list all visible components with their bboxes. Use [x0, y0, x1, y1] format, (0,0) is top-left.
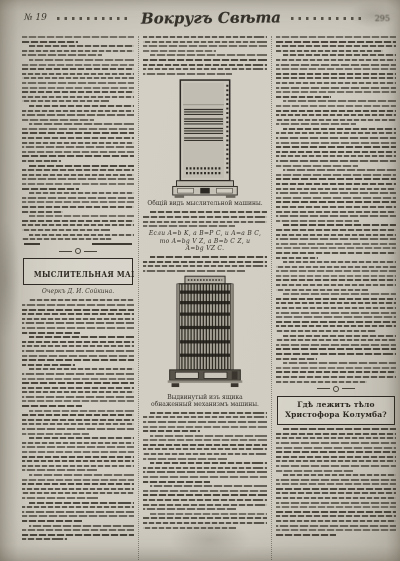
thinking-machine-headline: МЫСЛИТЕЛЬНАЯ МАШИНА.	[23, 258, 133, 285]
text-line	[276, 511, 396, 513]
text-line	[143, 416, 267, 418]
text-line	[22, 442, 134, 444]
text-paragraph	[276, 128, 396, 167]
text-line	[143, 225, 235, 227]
text-line	[29, 45, 134, 47]
text-line	[22, 378, 134, 380]
text-line	[29, 59, 134, 61]
column-right: Гдѣ лежитъ тѣло Христофора Колумба?	[271, 36, 396, 560]
text-line	[143, 481, 210, 483]
page-number: 295	[375, 14, 390, 23]
text-paragraph	[22, 59, 134, 102]
text-line	[22, 36, 134, 38]
text-line	[22, 520, 82, 522]
text-line	[22, 479, 134, 481]
text-line	[29, 368, 134, 370]
text-line	[276, 534, 336, 536]
text-line	[22, 538, 67, 540]
ornament-dash	[342, 388, 355, 389]
text-line	[29, 336, 134, 338]
text-line	[276, 50, 383, 52]
text-line	[22, 224, 134, 226]
text-line	[276, 433, 396, 435]
thinking-machine-mechanism-photo	[143, 275, 267, 393]
text-line	[276, 142, 396, 144]
text-line	[22, 327, 134, 329]
text-line	[276, 307, 396, 309]
text-paragraph	[276, 36, 396, 52]
text-line	[22, 87, 134, 89]
text-line	[22, 405, 82, 407]
text-line	[143, 36, 267, 38]
text-line	[276, 220, 359, 222]
text-line	[22, 119, 94, 121]
text-line	[276, 451, 396, 453]
text-line	[276, 165, 358, 167]
text-line	[29, 474, 134, 476]
column-left: МЫСЛИТЕЛЬНАЯ МАШИНА.Очеркъ Д. И. Сойкина…	[22, 36, 134, 560]
text-paragraph	[143, 54, 267, 74]
text-line	[22, 446, 134, 448]
text-line	[22, 238, 112, 240]
text-line	[22, 400, 134, 402]
text-line	[22, 451, 134, 453]
text-line	[143, 68, 267, 70]
text-line	[29, 234, 134, 236]
logic-formula: Если A=b K, а B=P C, и A=a B C,то A=bg V…	[143, 230, 267, 253]
text-line	[276, 302, 396, 304]
text-line	[29, 192, 134, 194]
text-line	[276, 36, 396, 38]
text-line	[22, 169, 134, 171]
text-line	[276, 358, 317, 360]
text-line	[276, 520, 396, 522]
text-line	[276, 68, 396, 70]
text-paragraph	[276, 100, 396, 125]
text-line	[143, 467, 267, 469]
text-line	[276, 178, 396, 180]
text-line	[22, 345, 134, 347]
text-line	[150, 211, 267, 213]
text-line	[22, 73, 134, 75]
text-line	[276, 197, 396, 199]
text-line	[276, 353, 396, 355]
text-line	[22, 433, 89, 435]
formula-line: то A=bg V Z, а B=b C Z, и	[143, 238, 267, 246]
text-line	[143, 444, 267, 446]
text-paragraph	[143, 256, 267, 272]
text-line	[276, 123, 356, 125]
text-line	[276, 119, 396, 121]
text-line	[22, 497, 98, 499]
text-line	[29, 410, 134, 412]
text-line	[276, 506, 396, 508]
text-paragraph	[276, 261, 396, 291]
text-line	[22, 96, 134, 98]
text-paragraph	[276, 428, 396, 471]
text-line	[276, 483, 396, 485]
text-line	[143, 527, 236, 529]
text-line	[276, 87, 396, 89]
machine-closed-illustration	[167, 77, 243, 199]
text-line	[143, 270, 245, 272]
text-paragraph	[143, 36, 267, 52]
text-line	[143, 490, 267, 492]
text-line	[276, 132, 396, 134]
text-line	[276, 137, 396, 139]
text-line	[22, 64, 134, 66]
text-line	[276, 460, 396, 462]
page-columns: МЫСЛИТЕЛЬНАЯ МАШИНА.Очеркъ Д. И. Сойкина…	[0, 30, 400, 560]
text-line	[22, 174, 134, 176]
text-line	[143, 522, 267, 524]
text-line	[143, 494, 267, 496]
text-line	[29, 123, 134, 125]
text-line	[22, 197, 134, 199]
text-line	[22, 373, 134, 375]
text-line	[150, 54, 267, 56]
text-line	[276, 437, 396, 439]
text-line	[22, 419, 134, 421]
issue-number: № 19	[24, 13, 47, 23]
text-line	[276, 41, 396, 43]
text-line	[276, 174, 396, 176]
text-line	[143, 453, 267, 455]
signature-right	[92, 243, 132, 245]
text-line	[22, 77, 134, 79]
text-line	[276, 64, 396, 66]
text-line	[276, 376, 396, 378]
text-line	[22, 460, 134, 462]
text-line	[22, 423, 134, 425]
page-header: № 19 Вокругъ Свѣта 295	[0, 0, 400, 30]
text-line	[276, 381, 367, 383]
text-line	[22, 428, 134, 430]
text-paragraph	[22, 165, 134, 190]
columbus-headline: Гдѣ лежитъ тѣло Христофора Колумба?	[277, 396, 395, 425]
article-signature-line	[24, 243, 132, 245]
text-line	[276, 91, 396, 93]
text-line	[22, 160, 61, 162]
text-paragraph	[22, 45, 134, 56]
text-line	[276, 96, 331, 98]
text-line	[276, 344, 396, 346]
text-line	[143, 50, 216, 52]
text-line	[143, 216, 267, 218]
text-line	[276, 348, 396, 350]
text-paragraph	[22, 192, 134, 212]
text-line	[22, 391, 134, 393]
text-paragraph	[22, 234, 134, 241]
text-line	[22, 515, 134, 517]
text-line	[143, 59, 267, 61]
text-line	[276, 488, 396, 490]
text-line	[276, 155, 396, 157]
text-line	[276, 525, 396, 527]
text-line	[276, 234, 396, 236]
text-line	[150, 462, 267, 464]
ornament-dash	[59, 251, 72, 252]
text-paragraph	[22, 437, 134, 471]
text-line	[22, 341, 134, 343]
text-line	[22, 178, 134, 180]
text-line	[276, 151, 396, 153]
text-line	[29, 299, 134, 301]
text-line	[143, 430, 200, 432]
text-line	[22, 332, 80, 334]
text-line	[283, 474, 396, 476]
text-line	[276, 192, 396, 194]
text-line	[276, 160, 396, 162]
text-line	[143, 499, 267, 501]
thinking-machine-byline: Очеркъ Д. И. Сойкина.	[22, 288, 134, 295]
text-line	[276, 442, 396, 444]
text-line	[276, 82, 396, 84]
text-paragraph	[22, 215, 134, 231]
text-paragraph	[22, 299, 134, 333]
text-line	[150, 412, 267, 414]
text-line	[22, 414, 134, 416]
text-line	[22, 137, 134, 139]
text-paragraph	[276, 54, 396, 97]
text-line	[22, 511, 134, 513]
text-paragraph	[276, 169, 396, 222]
text-line	[22, 492, 134, 494]
text-line	[22, 188, 79, 190]
text-line	[22, 128, 134, 130]
text-line	[276, 456, 396, 458]
text-line	[143, 45, 267, 47]
text-line	[22, 206, 134, 208]
signature-left	[24, 243, 40, 245]
text-paragraph	[143, 485, 267, 510]
text-paragraph	[22, 36, 134, 43]
text-paragraph	[22, 525, 134, 541]
text-line	[276, 298, 396, 300]
text-line	[276, 229, 396, 231]
text-line	[283, 428, 396, 430]
text-paragraph	[276, 335, 396, 360]
text-line	[22, 100, 109, 102]
text-line	[283, 128, 396, 130]
text-line	[150, 513, 267, 515]
text-line	[276, 105, 396, 107]
text-line	[283, 261, 396, 263]
text-line	[22, 142, 134, 144]
ornament-dots-right	[291, 17, 365, 20]
text-line	[276, 321, 396, 323]
text-line	[22, 132, 134, 134]
ornament-circle	[75, 248, 82, 255]
text-line	[283, 362, 396, 364]
text-line	[276, 238, 396, 240]
text-paragraph	[22, 410, 134, 435]
text-line	[283, 224, 396, 226]
section-divider-ornament	[276, 386, 396, 393]
exterior-photo-caption: Общій видъ мыслительной машины.	[146, 200, 264, 207]
text-line	[22, 54, 102, 56]
text-line	[276, 188, 396, 190]
text-line	[276, 73, 396, 75]
text-line	[283, 293, 396, 295]
text-paragraph	[143, 462, 267, 482]
text-line	[276, 275, 396, 277]
formula-line: Если A=b K, а B=P C, и A=a B C,	[143, 230, 267, 238]
text-line	[22, 364, 75, 366]
text-line	[276, 312, 396, 314]
text-line	[276, 339, 396, 341]
text-line	[143, 517, 267, 519]
text-line	[143, 221, 267, 223]
text-line	[276, 59, 396, 61]
text-line	[276, 497, 396, 499]
text-line	[283, 100, 396, 102]
text-line	[276, 367, 396, 369]
headline-text: МЫСЛИТЕЛЬНАЯ МАШИНА.	[34, 269, 134, 279]
text-line	[22, 304, 134, 306]
ornament-dash	[84, 251, 97, 252]
text-line	[276, 211, 396, 213]
text-line	[22, 183, 134, 185]
ornament-dots-left	[57, 17, 131, 20]
section-divider-ornament	[22, 248, 134, 255]
text-line	[143, 458, 227, 460]
text-line	[22, 41, 78, 43]
text-line	[276, 289, 368, 291]
text-line	[143, 476, 267, 478]
text-line	[22, 313, 134, 315]
text-line	[276, 515, 396, 517]
text-line	[276, 529, 396, 531]
text-line	[22, 211, 63, 213]
formula-line: A=bg VZ C.	[143, 245, 267, 253]
text-line	[22, 114, 134, 116]
text-line	[22, 201, 134, 203]
text-line	[283, 54, 396, 56]
text-line	[22, 456, 134, 458]
text-line	[29, 437, 134, 439]
text-line	[276, 215, 396, 217]
text-line	[22, 155, 134, 157]
text-line	[29, 215, 134, 217]
text-line	[276, 206, 396, 208]
text-paragraph	[22, 105, 134, 121]
text-line	[22, 309, 134, 311]
text-paragraph	[22, 502, 134, 522]
magazine-title: Вокругъ Свѣта	[141, 8, 281, 27]
text-line	[22, 151, 134, 153]
text-line	[276, 270, 396, 272]
text-line	[22, 146, 134, 148]
text-line	[22, 483, 134, 485]
text-line	[276, 330, 376, 332]
text-line	[143, 73, 232, 75]
text-line	[276, 110, 396, 112]
text-paragraph	[22, 368, 134, 407]
mechanism-photo-caption: Выдвинутый изъ ящика обнаженный механизм…	[146, 394, 264, 408]
text-paragraph	[22, 123, 134, 162]
text-line	[276, 279, 396, 281]
text-line	[276, 146, 396, 148]
text-line	[22, 229, 110, 231]
text-line	[143, 426, 267, 428]
text-paragraph	[22, 474, 134, 499]
text-line	[29, 105, 134, 107]
text-line	[276, 247, 396, 249]
text-line	[22, 110, 134, 112]
text-line	[22, 529, 134, 531]
text-line	[22, 506, 134, 508]
ornament-dash	[317, 388, 330, 389]
text-line	[143, 41, 267, 43]
text-line	[22, 50, 134, 52]
text-line	[276, 479, 396, 481]
text-line	[143, 261, 267, 263]
text-paragraph	[276, 474, 396, 536]
text-line	[276, 465, 396, 467]
machine-open-illustration	[162, 275, 248, 393]
text-line	[276, 201, 396, 203]
column-middle: Общій видъ мыслительной машины.Если A=b …	[138, 36, 267, 560]
headline-text: Гдѣ лежитъ тѣло Христофора Колумба?	[279, 400, 393, 420]
text-line	[22, 68, 134, 70]
text-line	[283, 169, 396, 171]
magazine-page-scan: № 19 Вокругъ Свѣта 295 МЫСЛИТЕЛЬНАЯ МАШИ…	[0, 0, 400, 561]
text-line	[150, 485, 267, 487]
text-line	[22, 387, 134, 389]
text-line	[143, 439, 267, 441]
text-line	[276, 325, 396, 327]
text-paragraph	[143, 211, 267, 227]
text-line	[22, 350, 134, 352]
text-line	[143, 504, 267, 506]
text-line	[22, 359, 134, 361]
text-line	[22, 469, 97, 471]
text-line	[276, 502, 396, 504]
text-line	[276, 257, 318, 259]
text-line	[22, 382, 134, 384]
text-line	[276, 114, 396, 116]
text-paragraph	[276, 224, 396, 258]
thinking-machine-exterior-photo	[143, 77, 267, 199]
text-line	[276, 183, 396, 185]
text-line	[22, 322, 134, 324]
text-line	[276, 252, 396, 254]
text-line	[276, 243, 396, 245]
text-line	[276, 371, 396, 373]
text-line	[276, 447, 396, 449]
text-line	[276, 45, 396, 47]
text-line	[22, 534, 134, 536]
text-paragraph	[276, 293, 396, 332]
text-paragraph	[143, 513, 267, 529]
text-line	[22, 355, 134, 357]
text-line	[143, 471, 267, 473]
text-line	[150, 435, 267, 437]
text-line	[143, 421, 267, 423]
text-line	[22, 396, 134, 398]
text-line	[143, 508, 236, 510]
text-paragraph	[143, 435, 267, 460]
text-paragraph	[22, 336, 134, 366]
text-line	[283, 335, 396, 337]
text-line	[143, 448, 267, 450]
text-line	[276, 470, 353, 472]
text-line	[29, 502, 134, 504]
text-line	[276, 77, 396, 79]
text-line	[143, 64, 267, 66]
text-line	[150, 256, 267, 258]
